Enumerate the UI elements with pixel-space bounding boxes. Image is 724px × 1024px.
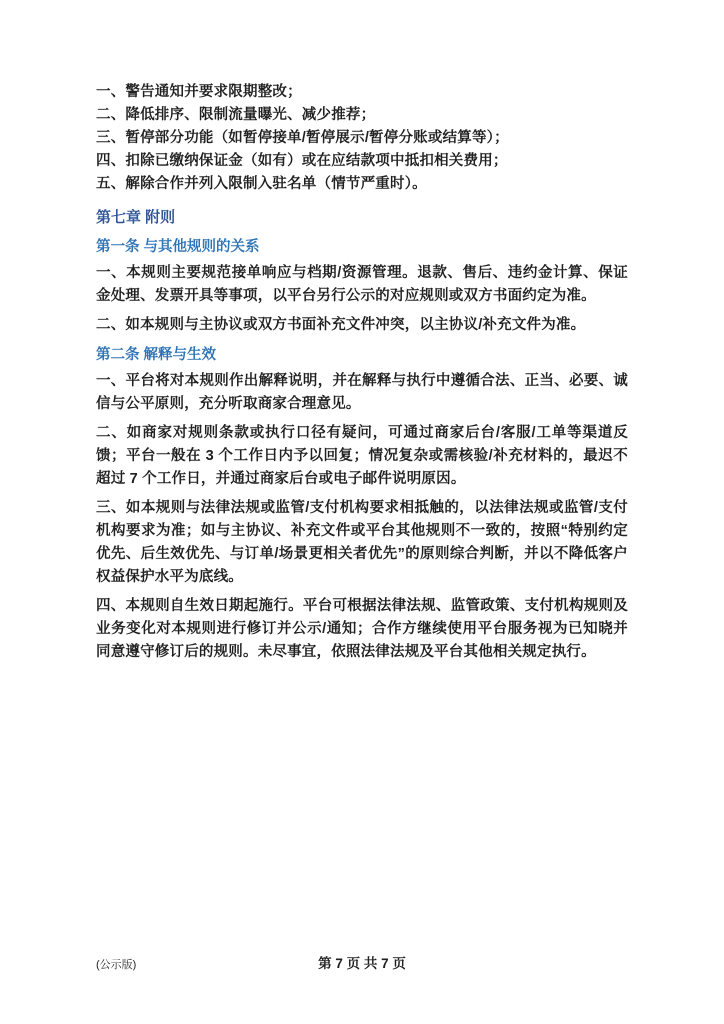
- paragraph: 一、本规则主要规范接单响应与档期/资源管理。退款、售后、违约金计算、保证金处理、…: [96, 262, 628, 308]
- paragraph: 三、如本规则与法律法规或监管/支付机构要求相抵触的，以法律法规或监管/支付机构要…: [96, 497, 628, 589]
- list-item: 三、暂停部分功能（如暂停接单/暂停展示/暂停分账或结算等）；: [96, 127, 628, 150]
- paragraph: 二、如本规则与主协议或双方书面补充文件冲突，以主协议/补充文件为准。: [96, 314, 628, 337]
- list-item: 五、解除合作并列入限制入驻名单（情节严重时）。: [96, 173, 628, 196]
- list-item: 一、警告通知并要求限期整改；: [96, 81, 628, 104]
- document-page: 一、警告通知并要求限期整改； 二、降低排序、限制流量曝光、减少推荐； 三、暂停部…: [0, 0, 724, 1024]
- list-item: 四、扣除已缴纳保证金（如有）或在应结款项中抵扣相关费用；: [96, 150, 628, 173]
- section-heading: 第一条 与其他规则的关系: [96, 236, 628, 259]
- paragraph: 四、本规则自生效日期起施行。平台可根据法律法规、监管政策、支付机构规则及业务变化…: [96, 595, 628, 664]
- footer-page-indicator: 第 7 页 共 7 页: [0, 954, 724, 974]
- document-content: 一、警告通知并要求限期整改； 二、降低排序、限制流量曝光、减少推荐； 三、暂停部…: [96, 81, 628, 664]
- section-heading: 第二条 解释与生效: [96, 344, 628, 367]
- paragraph: 一、平台将对本规则作出解释说明，并在解释与执行中遵循合法、正当、必要、诚信与公平…: [96, 370, 628, 416]
- measures-list: 一、警告通知并要求限期整改； 二、降低排序、限制流量曝光、减少推荐； 三、暂停部…: [96, 81, 628, 196]
- list-item: 二、降低排序、限制流量曝光、减少推荐；: [96, 104, 628, 127]
- section-interpretation-and-effect: 第二条 解释与生效 一、平台将对本规则作出解释说明，并在解释与执行中遵循合法、正…: [96, 344, 628, 664]
- paragraph: 二、如商家对规则条款或执行口径有疑问，可通过商家后台/客服/工单等渠道反馈；平台…: [96, 422, 628, 491]
- section-relation-to-other-rules: 第一条 与其他规则的关系 一、本规则主要规范接单响应与档期/资源管理。退款、售后…: [96, 236, 628, 337]
- chapter-heading: 第七章 附则: [96, 206, 628, 229]
